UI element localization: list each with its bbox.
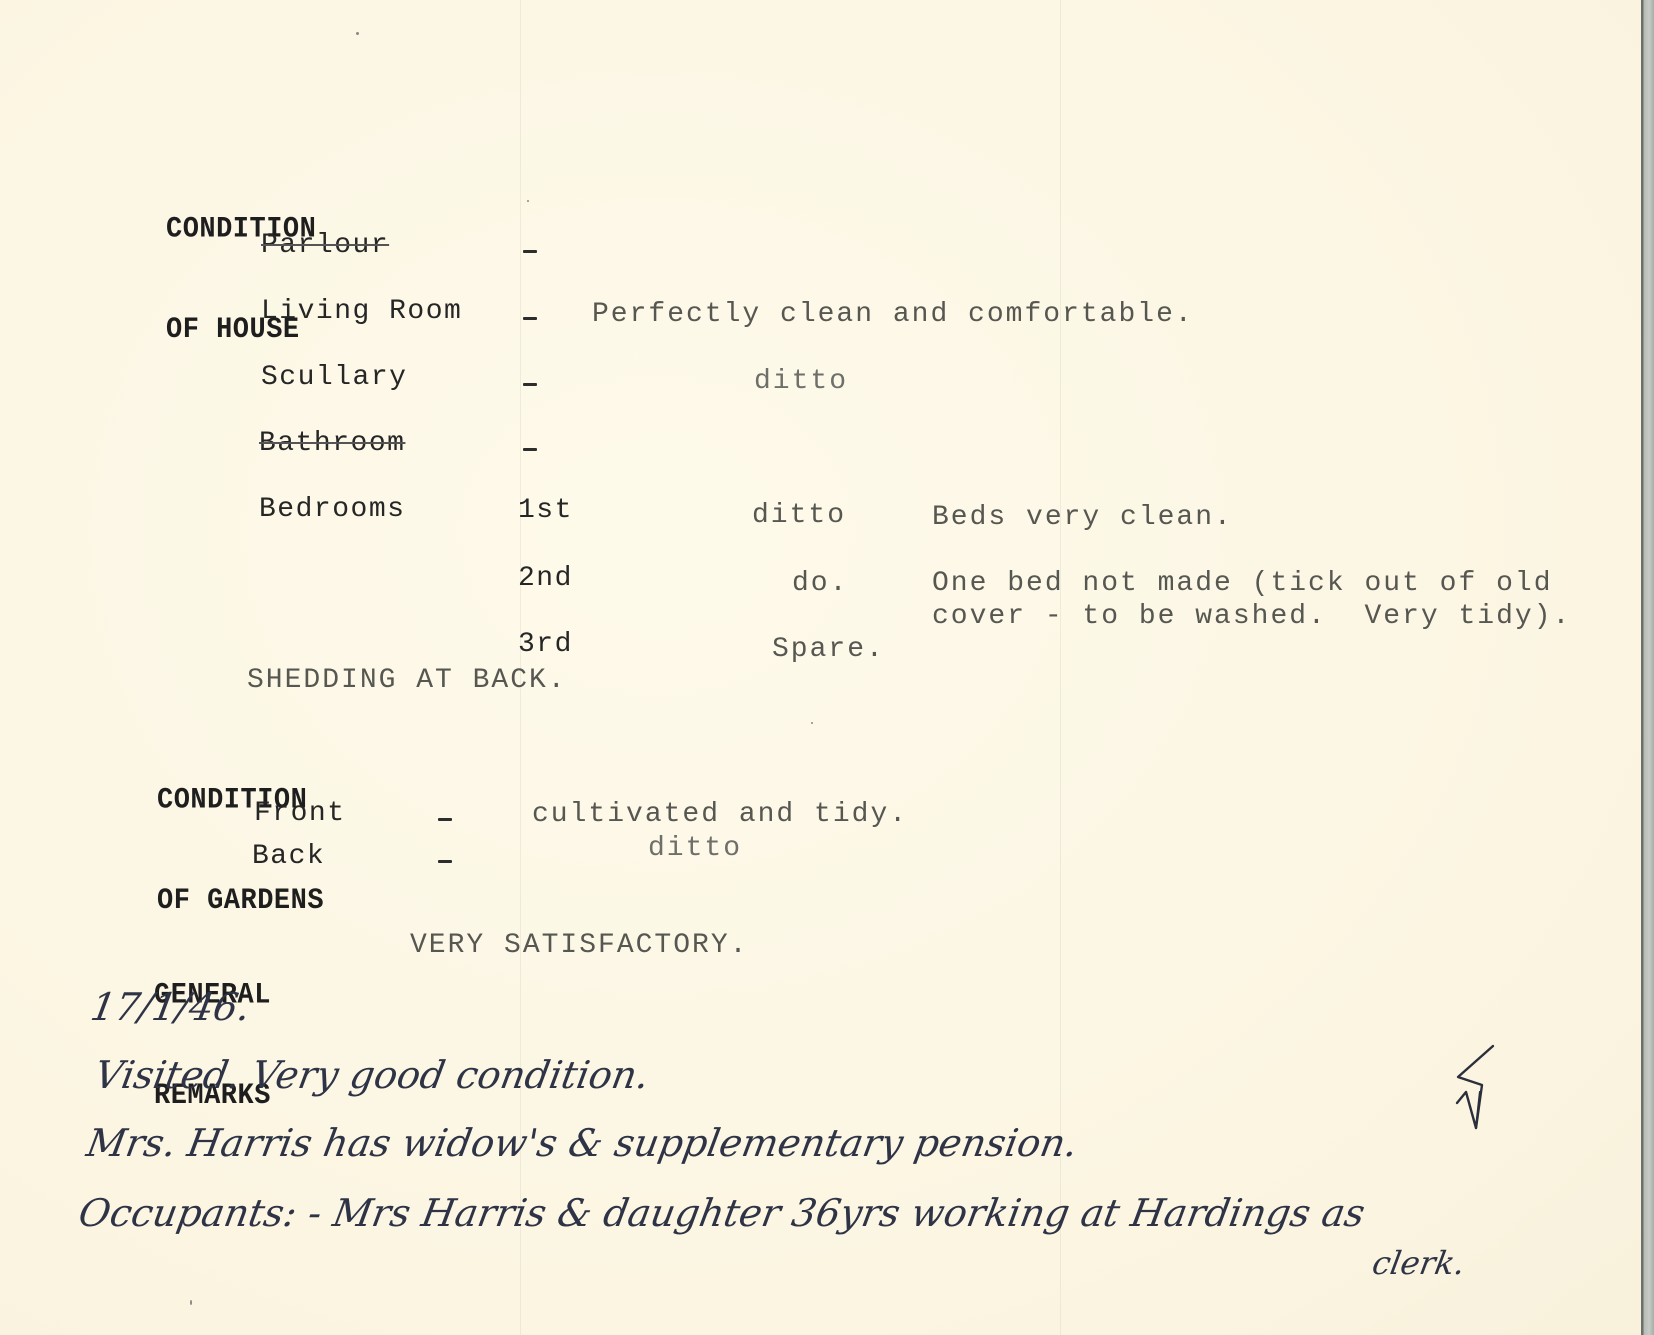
separator-dash bbox=[438, 818, 452, 821]
separator-dash bbox=[523, 448, 537, 451]
paper-speck bbox=[356, 32, 359, 35]
bedroom-note-2nd-line2: cover - to be washed. Very tidy). bbox=[932, 603, 1571, 631]
separator-dash bbox=[523, 317, 537, 320]
room-label-bedrooms: Bedrooms bbox=[259, 496, 405, 524]
bedroom-ordinal-3rd: 3rd bbox=[518, 631, 573, 659]
bedroom-note-2nd-line1: One bed not made (tick out of old bbox=[932, 570, 1553, 598]
room-label-parlour: Parlour bbox=[261, 232, 389, 260]
room-label-bathroom: Bathroom bbox=[259, 430, 405, 458]
paper-speck bbox=[811, 722, 813, 724]
separator-dash bbox=[523, 383, 537, 386]
room-value-living-room: Perfectly clean and comfortable. bbox=[592, 301, 1194, 329]
bedroom-note-1st: Beds very clean. bbox=[932, 504, 1233, 532]
bedroom-value-2nd: do. bbox=[792, 570, 848, 598]
garden-label-front: Front bbox=[254, 800, 346, 828]
garden-value-front: cultivated and tidy. bbox=[532, 801, 908, 829]
handwritten-line-visited: Visited. Very good condition. bbox=[92, 1056, 652, 1094]
general-remarks-value: VERY SATISFACTORY. bbox=[410, 932, 748, 960]
handwritten-line-clerk: clerk. bbox=[1370, 1247, 1468, 1279]
garden-label-back: Back bbox=[252, 843, 325, 871]
bedroom-value-1st: ditto bbox=[752, 502, 846, 530]
separator-dash bbox=[438, 860, 452, 863]
page-binding-edge bbox=[1641, 0, 1654, 1335]
handwritten-initials-icon bbox=[1440, 1040, 1500, 1135]
garden-value-back: ditto bbox=[648, 835, 742, 863]
room-value-scullary: ditto bbox=[754, 368, 848, 396]
paper-speck bbox=[190, 1300, 192, 1305]
room-label-scullary: Scullary bbox=[261, 364, 407, 392]
separator-dash bbox=[523, 250, 537, 253]
handwritten-line-pension: Mrs. Harris has widow's & supplementary … bbox=[84, 1124, 1081, 1162]
handwritten-line-occupants: Occupants: - Mrs Harris & daughter 36yrs… bbox=[76, 1194, 1368, 1232]
room-label-living-room: Living Room bbox=[261, 298, 462, 326]
bedroom-ordinal-1st: 1st bbox=[518, 497, 573, 525]
bedroom-value-3rd: Spare. bbox=[772, 636, 885, 664]
handwritten-date: 17/1/46. bbox=[88, 988, 253, 1026]
bedroom-ordinal-2nd: 2nd bbox=[518, 565, 573, 593]
shedding-note: SHEDDING AT BACK. bbox=[247, 667, 567, 695]
paper-speck bbox=[527, 200, 529, 202]
document-page: CONDITION OF HOUSE Parlour Living Room P… bbox=[0, 0, 1641, 1335]
